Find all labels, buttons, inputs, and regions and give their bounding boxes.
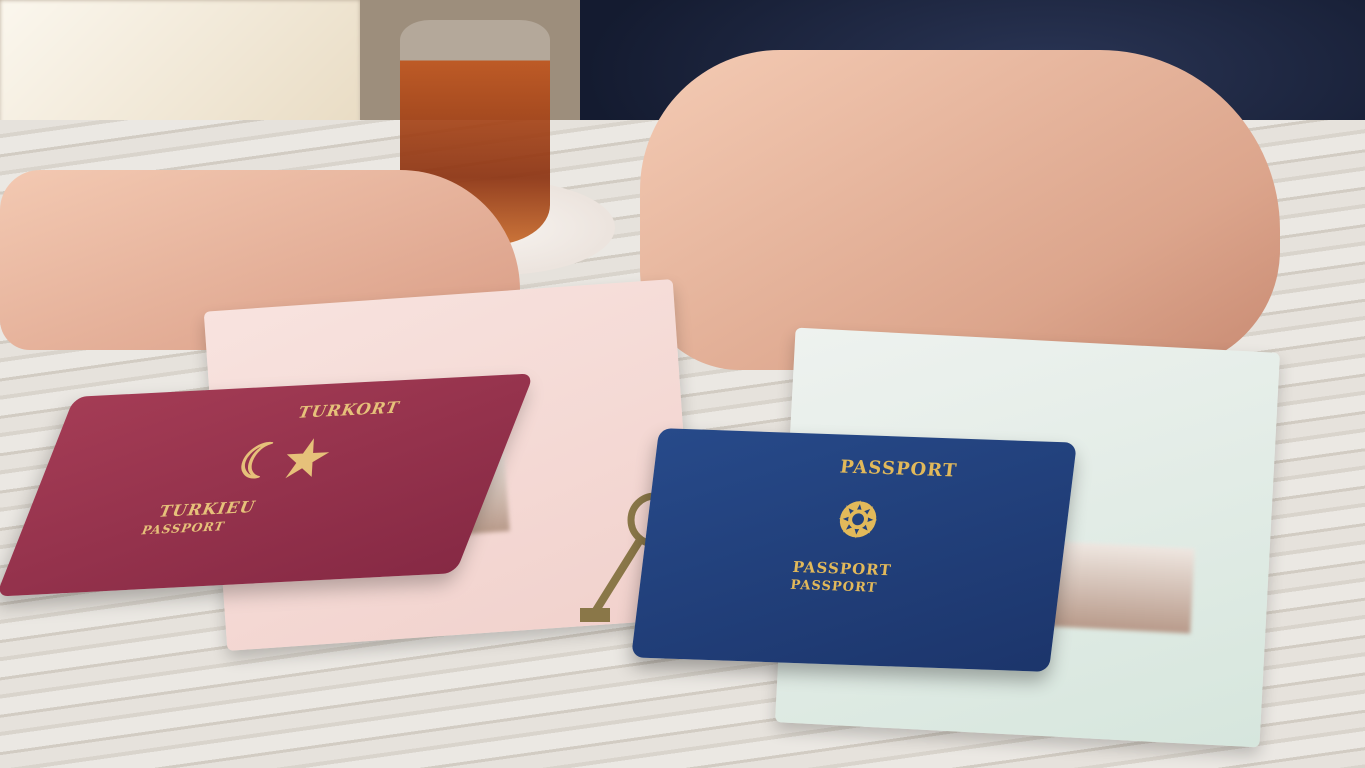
turkish-passport-cover: TURKORT ☾★ TURKIEU PASSPORT xyxy=(0,373,534,596)
photo-scene: TURKORT ☾★ TURKIEU PASSPORT PASSPORT ❂ P… xyxy=(0,0,1365,768)
window-light xyxy=(0,0,360,130)
crescent-star-icon: ☾★ xyxy=(228,430,340,491)
eagle-seal-icon: ❂ xyxy=(835,493,881,548)
passport-title: PASSPORT xyxy=(839,457,959,482)
clasped-hands xyxy=(640,50,1280,370)
passport-label-2: PASSPORT xyxy=(790,578,879,596)
id-photo xyxy=(1050,541,1194,633)
us-passport-cover: PASSPORT ❂ PASSPORT PASSPORT xyxy=(631,428,1077,672)
turkort-label: TURKORT xyxy=(295,398,403,422)
country-label: TURKIEU xyxy=(156,497,259,521)
passport-label: PASSPORT xyxy=(139,519,227,537)
passport-label-1: PASSPORT xyxy=(792,558,893,579)
